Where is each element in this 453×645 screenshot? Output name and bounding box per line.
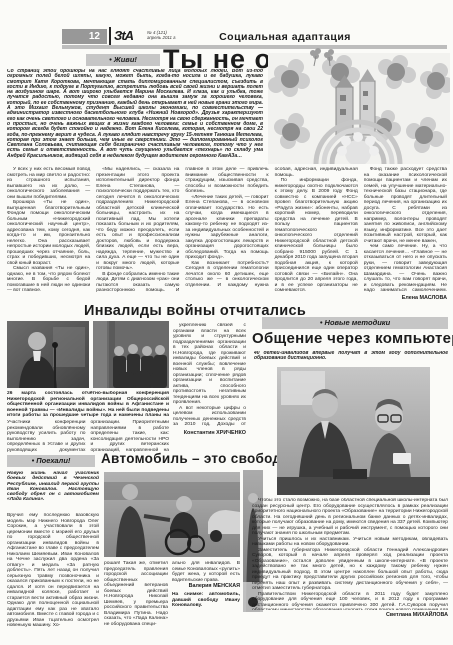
paragraph: А вот некоторые цифры о целевом использо…	[173, 406, 246, 428]
article-car-col2: рошая! Такая же, отметил председатель пр…	[104, 561, 168, 642]
article-computer-lead: 40 детей-инвалидов впервые получат в это…	[254, 351, 448, 364]
page-number: 12	[62, 29, 107, 44]
paragraph: Учиться пришлось и их наставникам. Учить…	[252, 537, 448, 548]
photo-car-handover	[104, 472, 240, 557]
article-car-caption: На снимке: автомобиль, давший свободу Ив…	[172, 592, 240, 612]
header-divider	[109, 27, 111, 45]
paragraph: Фонд также расходует средства на оказани…	[364, 167, 447, 244]
newspaper-logo: ЗtА	[114, 28, 133, 43]
byline-hrichenko: Константин ХРИЧЕНКО	[173, 430, 246, 436]
photo-distance-learning	[277, 367, 430, 495]
article-car-lead: Новую жизнь начал участник боевых действ…	[7, 471, 99, 511]
paragraph: Чтобы это стало возможно, на базе област…	[252, 498, 448, 537]
headline-car: Автомобиль – это свобода!	[101, 451, 294, 466]
collage-illustration	[268, 53, 450, 164]
byline-menskaya: Валерия МЕНСКАЯ	[172, 583, 240, 589]
issue-info: № 4 (121) апрель 2011 г.	[147, 30, 192, 40]
article-veterans-columns: Участники конференции рекомендовали обно…	[7, 420, 169, 454]
paragraph: Правительством Нижегородской области в 2…	[252, 592, 448, 611]
article-main-lead: Со страниц этой брошюры на нас глядят сч…	[7, 69, 263, 164]
paragraph: Смысл названия «Ты не один», однако, не …	[7, 266, 90, 294]
flowers-icon	[305, 47, 335, 67]
paragraph: «Лечение таких детей, — говорит Елена Ст…	[185, 195, 268, 261]
byline-maslova: Елена МАСЛОВА	[352, 295, 447, 301]
paragraph: укреплению связей с органами власти на в…	[173, 323, 246, 406]
rubric-live: • Живи!	[86, 54, 160, 66]
section-title: Социальная адаптация	[200, 31, 370, 43]
paragraph: У всех у них есть весомый повод смотреть…	[7, 167, 90, 200]
rubric-poehali: • Поехали!	[7, 455, 95, 467]
rubric-new-methods: • Новые методики	[262, 317, 448, 329]
paragraph: «Мы надеялись, — сказала на презентации …	[96, 167, 179, 272]
newspaper-page: 12 ЗtА № 4 (121) апрель 2011 г. Социальн…	[0, 0, 453, 645]
article-computer-body: Чтобы это стало возможно, на базе област…	[252, 498, 448, 610]
paragraph: По информации фонда, нижегородцы охотно …	[275, 178, 358, 294]
photo-speaker	[7, 321, 89, 388]
article-car-col1: Вручил ему последнюю вазовскую модель мэ…	[7, 513, 99, 642]
issue-date: апрель 2011 г.	[147, 35, 192, 40]
paragraph: Заместитель губернатора Нижегородской об…	[252, 548, 448, 592]
article-veterans-intro: 26 марта состоялась отчётно-выборная кон…	[7, 391, 169, 418]
photo-collage-youth	[268, 53, 450, 164]
photo-audience	[93, 321, 169, 388]
article-main-body: У всех у них есть весомый повод смотреть…	[7, 167, 447, 294]
article-veterans-right-column: укреплению связей с органами власти на в…	[173, 323, 246, 427]
byline-mikhailova: Светлана МИХАЙЛОВА	[340, 612, 448, 618]
paragraph: Брошюра «Ты не один», выпущенная благотв…	[7, 200, 90, 266]
headline-computer: Общение через компьютер	[252, 330, 448, 347]
